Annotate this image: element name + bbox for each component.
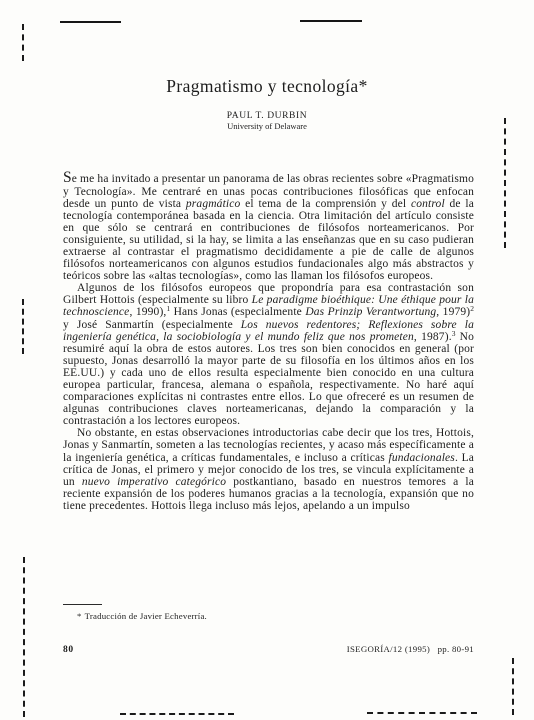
scan-artifact-left-edge-upper (22, 24, 24, 61)
journal-citation: ISEGORÍA/12 (1995) pp. 80-91 (347, 644, 474, 654)
italic-run: fundacionales (388, 452, 454, 464)
italic-run: nuevo imperativo categórico (82, 476, 226, 488)
scan-artifact-right-edge-upper (504, 118, 506, 248)
paragraph-2: Algunos de los filósofos europeos que pr… (63, 282, 474, 427)
text-run: Hans Jonas (especialmente (170, 306, 305, 318)
footnote-text: Traducción de Javier Echeverría. (85, 611, 207, 621)
scanned-page: Pragmatismo y tecnología* PAUL T. DURBIN… (0, 0, 534, 720)
paragraph-3: No obstante, en estas observaciones intr… (63, 427, 474, 512)
scan-artifact-top-line-right (300, 20, 362, 22)
footnote-marker: * (77, 611, 82, 621)
text-run: , 1990), (129, 306, 166, 318)
italic-run: Das Prinzip Verantwortung (305, 306, 436, 318)
page-number: 80 (63, 645, 74, 655)
scan-artifact-bottom-line-left (120, 713, 234, 715)
paragraph-1: Se me ha invitado a presentar un panoram… (63, 170, 474, 282)
text-run: de la tecnología contemporánea basada en… (63, 198, 474, 283)
italic-run: control (411, 198, 445, 210)
text-run: , 1987). (414, 331, 452, 343)
page-footer: 80 ISEGORÍA/12 (1995) pp. 80-91 (63, 644, 474, 655)
author-affiliation: University of Delaware (0, 122, 534, 132)
scan-artifact-left-edge-middle (22, 299, 24, 354)
footnote: *Traducción de Javier Echeverría. (63, 611, 423, 621)
article-title: Pragmatismo y tecnología* (0, 76, 534, 97)
initial-letter: S (63, 169, 72, 186)
italic-run: pragmático (186, 198, 241, 210)
footnote-separator (63, 604, 102, 605)
text-run: y José Sanmartín (especialmente (63, 319, 241, 331)
author-block: PAUL T. DURBIN University of Delaware (0, 111, 534, 132)
scan-artifact-right-edge-lower (512, 658, 514, 715)
article-body: Se me ha invitado a presentar un panoram… (63, 170, 474, 512)
text-run: el tema de la comprensión y del (240, 198, 411, 210)
text-run: , 1979) (436, 306, 470, 318)
text-run: No resumiré aquí la obra de estos autore… (63, 331, 474, 428)
scan-artifact-bottom-line-right (367, 712, 477, 714)
footnote-ref-2: 2 (470, 304, 474, 313)
scan-artifact-left-edge-lower (23, 557, 25, 717)
scan-artifact-top-line-left (60, 21, 121, 23)
